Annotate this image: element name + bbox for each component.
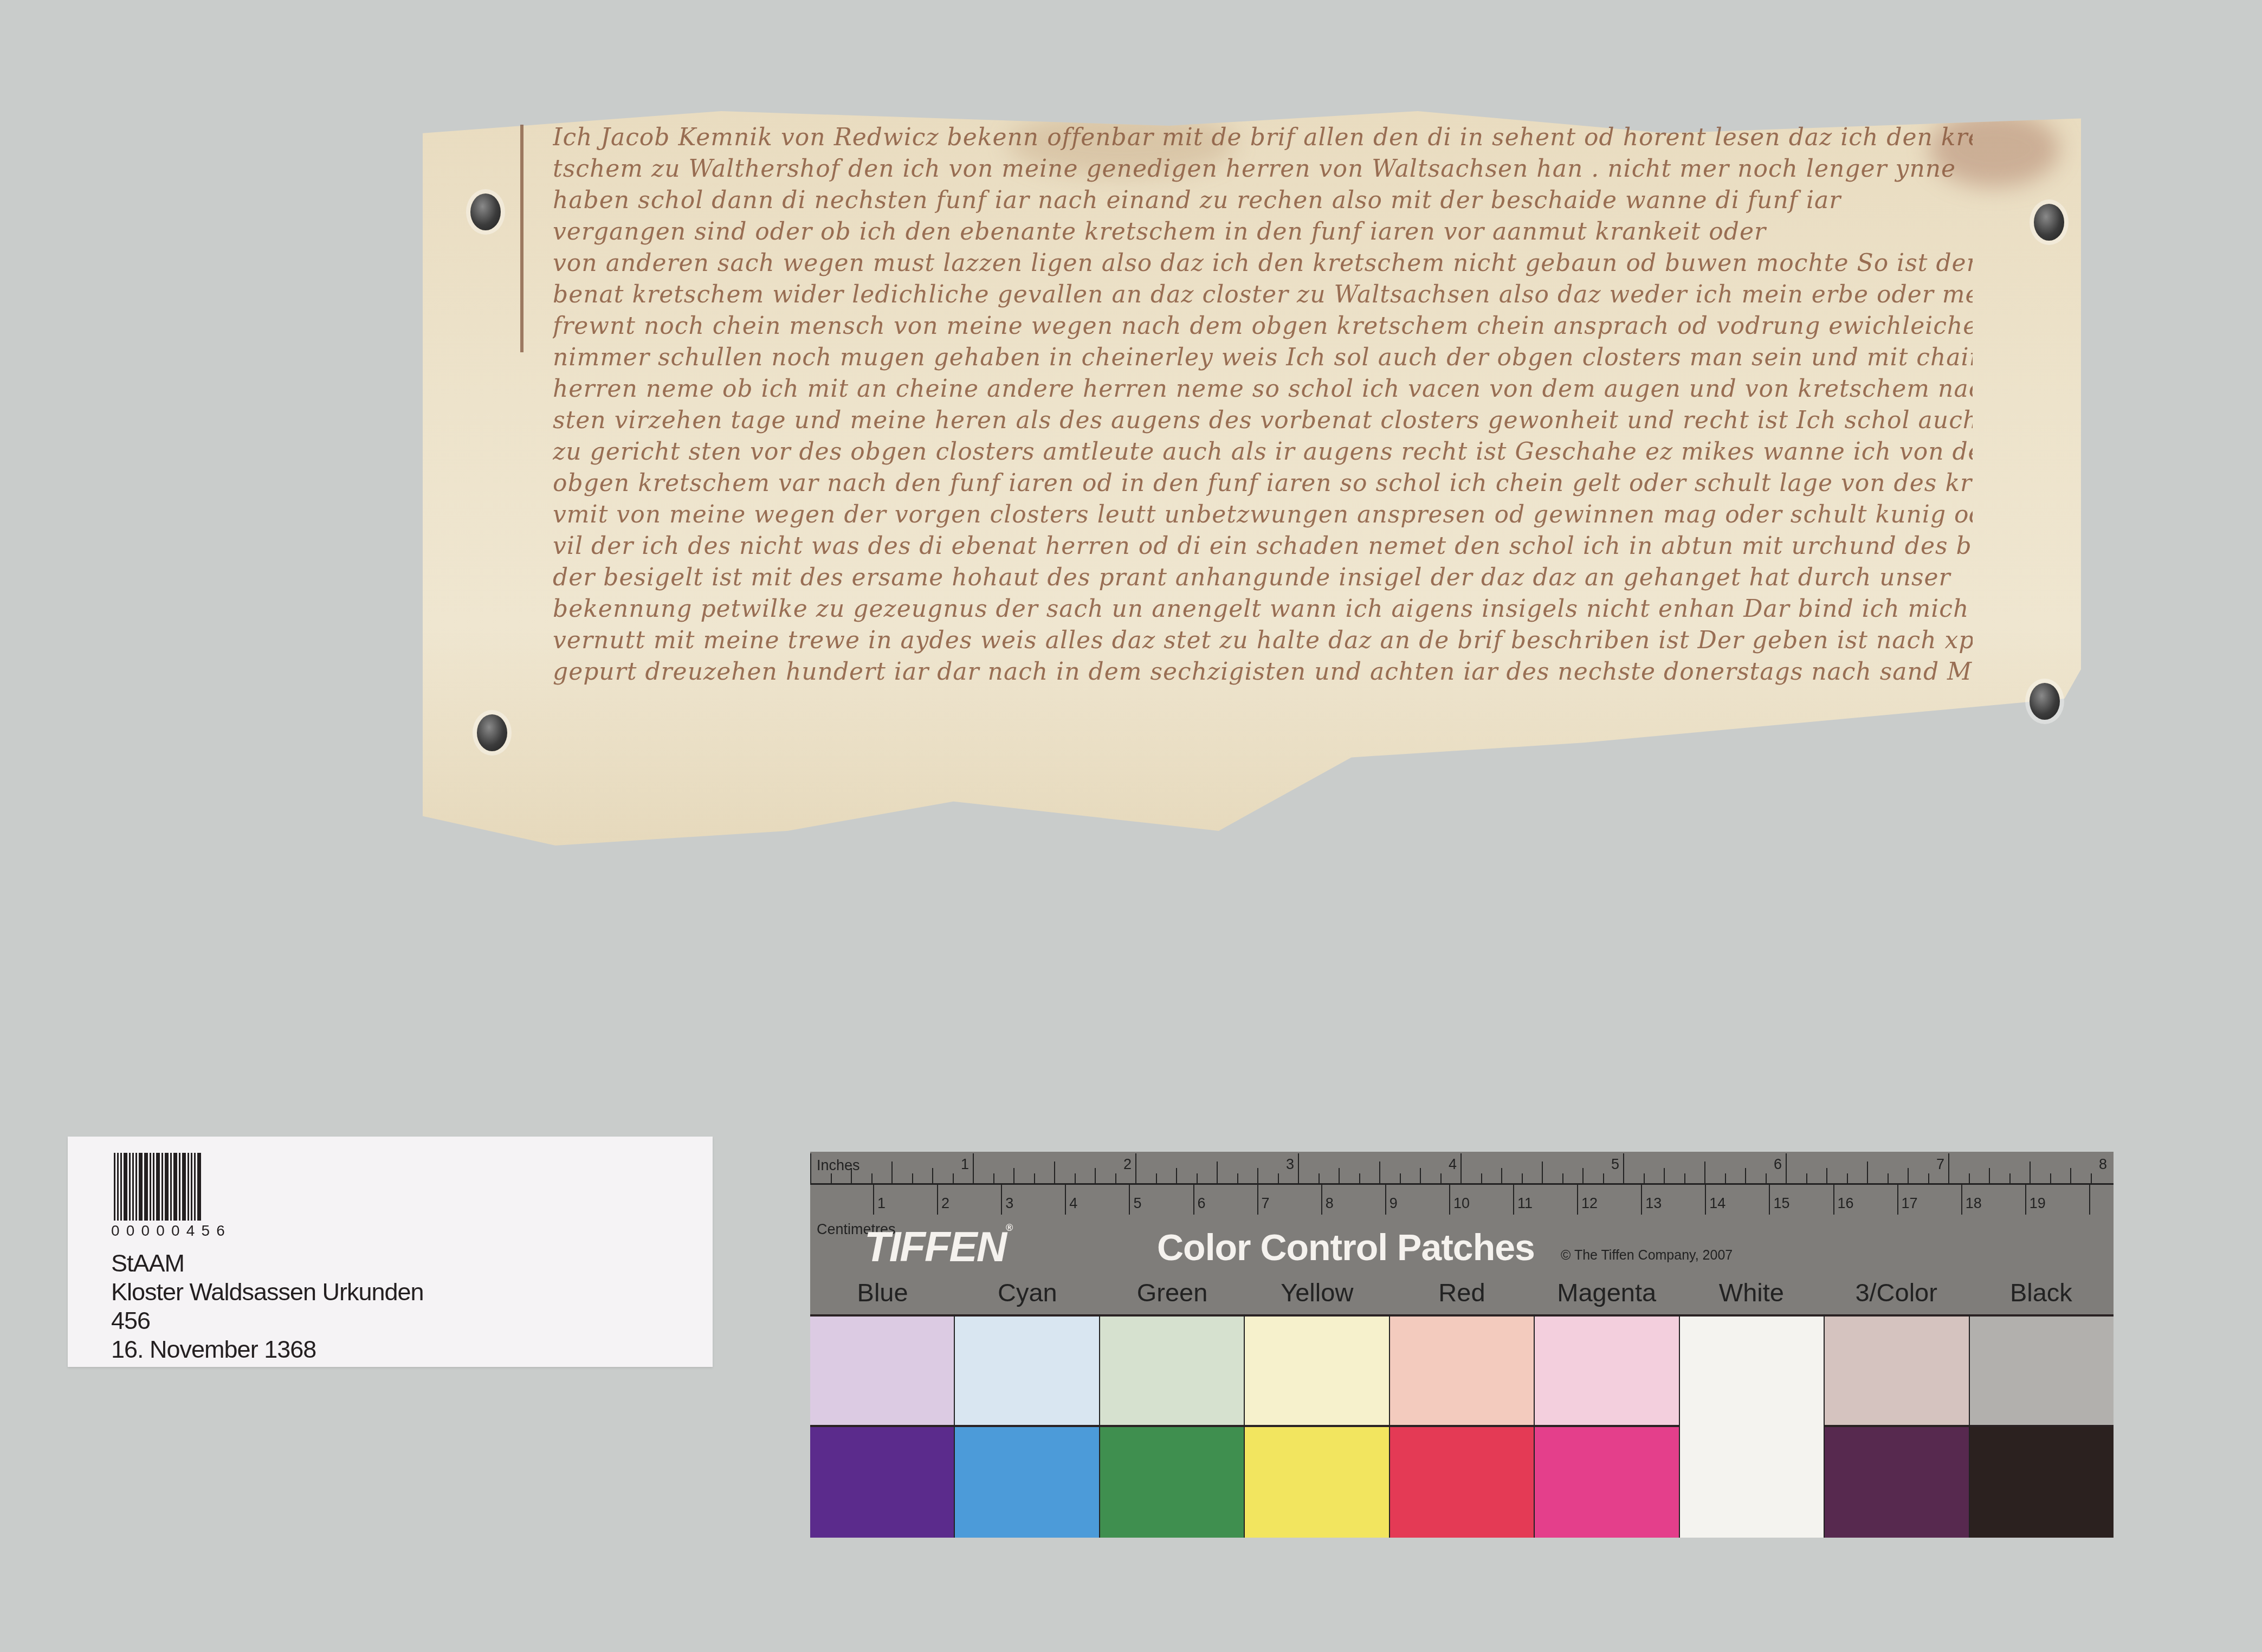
inch-tick (1257, 1168, 1258, 1183)
inch-tick (1298, 1153, 1299, 1183)
inch-tick (831, 1173, 832, 1183)
cm-tick (1129, 1185, 1130, 1215)
inch-tick (871, 1173, 873, 1183)
inch-tick (1176, 1168, 1177, 1183)
manuscript-line: der besigelt ist mit des ersame hohaut d… (553, 562, 1973, 593)
manuscript-line: gepurt dreuzehen hundert iar dar nach in… (553, 656, 1973, 688)
inch-tick (2030, 1161, 2031, 1183)
mounting-rivet-bottom-right (2030, 683, 2060, 720)
cm-tick (937, 1185, 938, 1215)
inch-tick (891, 1161, 893, 1183)
inch-tick (1095, 1168, 1096, 1183)
inch-tick (1319, 1173, 1320, 1183)
inch-tick (1562, 1173, 1563, 1183)
inch-tick (1217, 1161, 1218, 1183)
inch-tick (1948, 1153, 1949, 1183)
cm-tick (1001, 1185, 1002, 1215)
inch-tick-label: 1 (961, 1156, 969, 1173)
inch-tick (1847, 1173, 1848, 1183)
cm-tick-label: 10 (1453, 1195, 1470, 1212)
color-control-chart: Inches Centimetres 123456781234567891011… (810, 1152, 2114, 1538)
inch-tick-label: 7 (1936, 1156, 1944, 1173)
inch-tick (1034, 1173, 1035, 1183)
inch-tick (1603, 1173, 1604, 1183)
inch-tick (1644, 1173, 1645, 1183)
dark-patch (1825, 1425, 1968, 1538)
inch-tick (1481, 1173, 1482, 1183)
manuscript-line: bekennung petwilke zu gezeugnus der sach… (553, 593, 1973, 625)
inch-tick (1786, 1153, 1787, 1183)
archive-label-card: 0 0 0 0 0 4 5 6 StAAM Kloster Waldsassen… (68, 1137, 713, 1367)
barcode-number: 0 0 0 0 0 4 5 6 (111, 1222, 225, 1240)
cm-tick-label: 19 (2030, 1195, 2046, 1212)
cm-tick (1385, 1185, 1386, 1215)
inch-tick (2009, 1173, 2011, 1183)
cm-tick (2089, 1185, 2090, 1215)
patch-label: Yellow (1245, 1277, 1389, 1307)
cm-tick-label: 2 (941, 1195, 949, 1212)
cm-tick (1321, 1185, 1322, 1215)
inch-tick (1075, 1173, 1076, 1183)
inch-tick (1766, 1173, 1767, 1183)
patch-label: Blue (810, 1277, 955, 1307)
inch-tick (1135, 1153, 1136, 1183)
cm-tick-label: 8 (1326, 1195, 1334, 1212)
inch-tick-label: 2 (1123, 1156, 1132, 1173)
cm-tick-label: 12 (1581, 1195, 1598, 1212)
mounting-rivet-bottom-left (477, 714, 507, 751)
inch-tick (1156, 1173, 1157, 1183)
cm-tick (1833, 1185, 1834, 1215)
manuscript-line: vmit von meine wegen der vorgen closters… (553, 499, 1973, 531)
dark-patch (1535, 1425, 1678, 1538)
cm-tick (1577, 1185, 1578, 1215)
inch-tick (1460, 1153, 1462, 1183)
patch-column (1969, 1314, 2114, 1538)
dark-patch (1390, 1425, 1534, 1538)
inch-tick-label: 4 (1449, 1156, 1457, 1173)
inch-tick (1400, 1173, 1401, 1183)
inch-tick (1522, 1173, 1523, 1183)
collection-name: Kloster Waldsassen Urkunden (111, 1277, 424, 1306)
manuscript-line: Ich Jacob Kemnik von Redwicz bekenn offe… (553, 122, 1973, 153)
inch-tick (1379, 1161, 1380, 1183)
cm-tick-label: 3 (1005, 1195, 1013, 1212)
inch-tick (1440, 1173, 1442, 1183)
inch-tick (810, 1153, 811, 1183)
barcode-digit: 0 (156, 1222, 165, 1240)
cm-tick-label: 18 (1966, 1195, 1982, 1212)
manuscript-line: sten virzehen tage und meine heren als d… (553, 405, 1973, 436)
copyright-notice: © The Tiffen Company, 2007 (1561, 1248, 1733, 1263)
inch-tick (1908, 1168, 1909, 1183)
patch-column (1534, 1314, 1678, 1538)
patch-label: Red (1389, 1277, 1534, 1307)
barcode-digit: 0 (111, 1222, 120, 1240)
manuscript-line: obgen kretschem var nach den funf iaren … (553, 468, 1973, 499)
patch-label: Green (1100, 1277, 1244, 1307)
light-patch (1535, 1314, 1678, 1425)
manuscript-line: tschem zu Walthershof den ich von meine … (553, 153, 1973, 185)
cm-tick (1641, 1185, 1642, 1215)
barcode-digit: 6 (216, 1222, 225, 1240)
manuscript-line: nimmer schullen noch mugen gehaben in ch… (553, 342, 1973, 373)
inch-tick (1339, 1168, 1340, 1183)
inch-tick (1013, 1168, 1014, 1183)
label-text: StAAM Kloster Waldsassen Urkunden 456 16… (111, 1249, 424, 1364)
inch-tick (1420, 1168, 1421, 1183)
dark-patch (810, 1425, 954, 1538)
barcode-icon (114, 1153, 228, 1221)
tiffen-logo: TIFFEN® (864, 1222, 1012, 1272)
cm-tick (1705, 1185, 1706, 1215)
cm-tick-label: 7 (1262, 1195, 1270, 1212)
inch-tick (1623, 1153, 1624, 1183)
patch-label: Black (1969, 1277, 2114, 1307)
light-patch (1680, 1314, 1824, 1425)
light-patch (1390, 1314, 1534, 1425)
registered-mark-icon: ® (1006, 1222, 1012, 1233)
inch-tick (1054, 1161, 1055, 1183)
light-patch (1970, 1314, 2114, 1425)
cm-tick-label: 5 (1133, 1195, 1141, 1212)
manuscript-line: vergangen sind oder ob ich den ebenante … (553, 216, 1973, 248)
inch-tick (1888, 1173, 1889, 1183)
inch-tick (1704, 1161, 1705, 1183)
inch-tick (1501, 1168, 1502, 1183)
manuscript-line: frewnt noch chein mensch von meine wegen… (553, 311, 1973, 342)
patch-column (810, 1314, 954, 1538)
inch-tick-label: 3 (1286, 1156, 1294, 1173)
inch-tick (932, 1168, 933, 1183)
inch-tick (1115, 1173, 1116, 1183)
inch-tick (1197, 1173, 1198, 1183)
patch-column (1244, 1314, 1388, 1538)
inch-tick (1278, 1173, 1279, 1183)
cm-tick-label: 15 (1773, 1195, 1789, 1212)
brand-name: TIFFEN (864, 1223, 1006, 1270)
inch-tick (1745, 1168, 1746, 1183)
manuscript-line: von anderen sach wegen must lazzen ligen… (553, 248, 1973, 279)
dark-patch (1100, 1425, 1244, 1538)
light-patch (1825, 1314, 1968, 1425)
inch-tick-label: 8 (2099, 1156, 2107, 1173)
cm-tick (1449, 1185, 1450, 1215)
cm-tick (1961, 1185, 1962, 1215)
barcode-digit: 4 (186, 1222, 195, 1240)
dark-patch (1970, 1425, 2114, 1538)
ruler: Inches Centimetres 123456781234567891011… (810, 1152, 2114, 1222)
inch-tick (851, 1168, 852, 1183)
cm-tick-label: 17 (1902, 1195, 1918, 1212)
barcode-digit: 0 (141, 1222, 150, 1240)
inch-tick (2091, 1173, 2092, 1183)
cm-tick (1897, 1185, 1898, 1215)
patch-label: 3/Color (1824, 1277, 1969, 1307)
inch-tick (1582, 1168, 1584, 1183)
barcode-digit: 5 (202, 1222, 210, 1240)
inch-tick (1928, 1173, 1929, 1183)
cm-tick-label: 9 (1389, 1195, 1398, 1212)
inch-tick (1664, 1168, 1665, 1183)
chart-title: Color Control Patches (1157, 1227, 1535, 1269)
ruler-axis (810, 1183, 2114, 1185)
cm-tick (1065, 1185, 1066, 1215)
patch-column (1099, 1314, 1244, 1538)
light-patch (1100, 1314, 1244, 1425)
inch-tick (1359, 1173, 1360, 1183)
inch-tick (1684, 1173, 1685, 1183)
inch-tick (993, 1173, 994, 1183)
inch-tick (1969, 1173, 1970, 1183)
document-number: 456 (111, 1306, 424, 1335)
patch-label: Magenta (1534, 1277, 1679, 1307)
manuscript-line: benat kretschem wider ledichliche gevall… (553, 279, 1973, 311)
barcode-digit: 0 (126, 1222, 135, 1240)
cm-tick (1513, 1185, 1514, 1215)
cm-tick-label: 6 (1198, 1195, 1206, 1212)
manuscript-line: vil der ich des nicht was des di ebenat … (553, 531, 1973, 562)
light-patch (1245, 1314, 1388, 1425)
archive-name: StAAM (111, 1249, 424, 1277)
mounting-rivet-top-left (470, 193, 501, 230)
inch-tick-label: 6 (1774, 1156, 1782, 1173)
cm-tick-label: 4 (1069, 1195, 1077, 1212)
cm-tick (1769, 1185, 1770, 1215)
inch-tick (973, 1153, 974, 1183)
cm-tick (1193, 1185, 1194, 1215)
mounting-rivet-top-right (2034, 204, 2064, 241)
cm-tick-label: 1 (877, 1195, 886, 1212)
inch-tick (2070, 1168, 2071, 1183)
patch-column (1679, 1314, 1824, 1538)
color-patches (810, 1314, 2114, 1538)
dark-patch (955, 1425, 1098, 1538)
inch-tick (1826, 1168, 1827, 1183)
inch-tick-label: 5 (1611, 1156, 1619, 1173)
inch-tick (912, 1173, 913, 1183)
inch-tick (1725, 1173, 1726, 1183)
barcode-digit: 0 (171, 1222, 180, 1240)
inches-label: Inches (817, 1157, 860, 1174)
cm-tick-label: 11 (1517, 1195, 1533, 1212)
cm-tick (2025, 1185, 2026, 1215)
dark-patch (1245, 1425, 1388, 1538)
manuscript-line: zu gericht sten vor des obgen closters a… (553, 436, 1973, 468)
patch-column (1389, 1314, 1534, 1538)
patch-label: Cyan (955, 1277, 1100, 1307)
manuscript-line: vernutt mit meine trewe in aydes weis al… (553, 625, 1973, 656)
cm-tick-label: 14 (1709, 1195, 1725, 1212)
inch-tick (1806, 1173, 1807, 1183)
light-patch (955, 1314, 1098, 1425)
inch-tick (1989, 1168, 1990, 1183)
inch-tick (1237, 1173, 1238, 1183)
inch-tick (953, 1173, 954, 1183)
cm-tick-label: 16 (1838, 1195, 1854, 1212)
inch-tick (2050, 1173, 2051, 1183)
patch-column (954, 1314, 1098, 1538)
patch-label: White (1679, 1277, 1824, 1307)
inch-tick (1542, 1161, 1543, 1183)
manuscript-line: herren neme ob ich mit an cheine andere … (553, 373, 1973, 405)
dark-patch (1680, 1425, 1824, 1538)
patch-column (1824, 1314, 1968, 1538)
manuscript-line: haben schol dann di nechsten funf iar na… (553, 185, 1973, 216)
cm-tick-label: 13 (1645, 1195, 1662, 1212)
cm-tick (873, 1185, 874, 1215)
document-date: 16. November 1368 (111, 1335, 424, 1364)
cm-tick (1257, 1185, 1258, 1215)
patch-labels: Blue Cyan Green Yellow Red Magenta White… (810, 1277, 2114, 1307)
manuscript-text: Ich Jacob Kemnik von Redwicz bekenn offe… (553, 122, 1973, 688)
inch-tick (1867, 1161, 1868, 1183)
light-patch (810, 1314, 954, 1425)
